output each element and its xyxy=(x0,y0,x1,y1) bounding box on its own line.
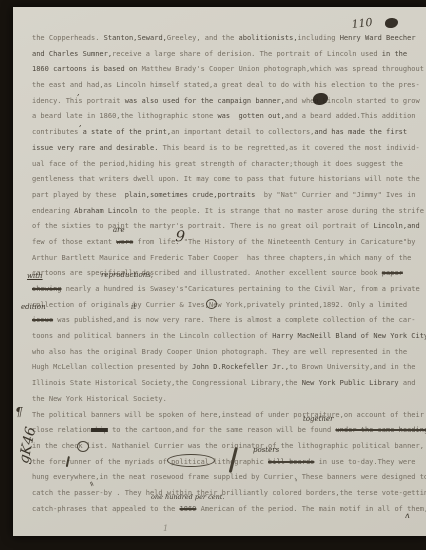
typed-text: Harry MacNeill Bland of New York City, xyxy=(272,332,426,340)
pilcrow-mark: ¶ xyxy=(15,406,23,418)
typed-text: 1860 cartoons is based on xyxy=(32,65,142,73)
typed-line: close relationship to the cartoon,and fo… xyxy=(32,423,422,439)
typed-text: This beard is to be regretted,as it cove… xyxy=(163,144,420,152)
struck-text: ship xyxy=(91,426,108,434)
typed-text: and has made the first xyxy=(314,128,407,136)
typed-line: idency. This portrait was also used for … xyxy=(32,94,422,110)
struck-text: 1860 xyxy=(180,505,197,513)
typed-line: who also has the original Brady Cooper U… xyxy=(32,345,422,361)
typed-text: John D.Rockefeller Jr., xyxy=(192,363,289,371)
typed-text: Illinois State Historical Society,the Co… xyxy=(32,379,302,387)
typed-line: the east and had,as Lincoln himself stat… xyxy=(32,78,422,94)
typed-line: and Charles Sumner,receive a large share… xyxy=(32,47,422,63)
typed-text: and when Lincoln started to grow xyxy=(285,97,420,105)
manuscript-page: the Copperheads. Stanton,Seward,Greeley,… xyxy=(13,7,426,536)
typed-text: The political banners will be spoken of … xyxy=(32,411,424,419)
typed-line: in the check list. Nathaniel Currier was… xyxy=(32,439,422,455)
typed-text: a beard late in 1860,the lithographic st… xyxy=(32,112,217,120)
typed-text: Arthur Bartlett Maurice and Frederic Tab… xyxy=(32,254,411,262)
typed-text: a state of the print, xyxy=(83,128,172,136)
typed-text: the Copperheads. xyxy=(32,34,104,42)
typed-text: abolitionists, xyxy=(239,34,298,42)
typed-text: Henry Ward Beecher xyxy=(340,34,416,42)
typed-line: few of those extant were from life. "The… xyxy=(32,235,422,251)
typed-text: few of those extant xyxy=(32,238,116,246)
struck-text: paper xyxy=(382,269,403,277)
typed-text: American of the period. The main motif i… xyxy=(196,505,426,513)
typed-text: Lincoln,and xyxy=(373,222,419,230)
typed-line: catch the passer-by . They held within t… xyxy=(32,486,422,502)
typed-line: cartoons are specifically described and … xyxy=(32,266,422,282)
page-number: 110 xyxy=(351,17,373,30)
typed-line: Illinois State Historical Society,the Co… xyxy=(32,376,422,392)
typed-text: Hugh McLellan collection presented by xyxy=(32,363,192,371)
typed-line: Hugh McLellan collection presented by Jo… xyxy=(32,360,422,376)
typed-text: gentleness that writers dwell upon. It m… xyxy=(32,175,420,183)
typed-text: and a beard added.This addition xyxy=(285,112,416,120)
typed-line: the Copperheads. Stanton,Seward,Greeley,… xyxy=(32,31,422,47)
typed-line: 1860 cartoons is based on Matthew Brady'… xyxy=(32,62,422,78)
typed-line: toons and political banners in the Linco… xyxy=(32,329,422,345)
typed-text: to Brown University,and in the xyxy=(289,363,415,371)
typed-text: cartoons are specifically described and … xyxy=(32,269,382,277)
typed-text: plain,sometimes crude,portraits xyxy=(125,191,260,199)
typed-line: The political banners will be spoken of … xyxy=(32,408,422,424)
struck-text: issue xyxy=(32,316,53,324)
typed-text: by "Nat" Currier and "Jimmy" Ives in xyxy=(260,191,416,199)
typed-line: ual face of the period,hiding his great … xyxy=(32,157,422,173)
typed-line: contributes a state of the print,an impo… xyxy=(32,125,422,141)
typed-text: hung everywhere,in the neat rosewood fra… xyxy=(32,473,426,481)
typed-text: to the people. It is strange that no mas… xyxy=(137,207,424,215)
typed-text: including xyxy=(298,34,340,42)
struck-text: bill-boards xyxy=(268,458,314,466)
typed-line: part played by these plain,sometimes cru… xyxy=(32,188,422,204)
typed-line: issue was published,and is now very rare… xyxy=(32,313,422,329)
typed-text: the New York Historical Society. xyxy=(32,395,167,403)
typed-text: toons and political banners in the Linco… xyxy=(32,332,272,340)
typed-text: issue very rare and desirable. xyxy=(32,144,163,152)
typed-text: catch the passer-by . They held within t… xyxy=(32,489,426,497)
typed-text: in the check list. Nathaniel Currier was… xyxy=(32,442,424,450)
typed-text: Matthew Brady's Cooper Union photograph,… xyxy=(142,65,424,73)
typed-text: of the sixties to paint the martyr's por… xyxy=(32,222,373,230)
typed-line: the New York Historical Society. xyxy=(32,392,422,408)
typed-text: part played by these xyxy=(32,191,125,199)
typed-text: collection of originals by Currier & Ive… xyxy=(32,301,407,309)
typed-line: a beard late in 1860,the lithographic st… xyxy=(32,109,422,125)
typed-text: Greeley, and the xyxy=(167,34,239,42)
typed-text: from life. "The History of the Nineteent… xyxy=(133,238,415,246)
struck-text: were xyxy=(116,238,133,246)
typed-line: endearing Abraham Lincoln to the people.… xyxy=(32,204,422,220)
typed-line: issue very rare and desirable. This bear… xyxy=(32,141,422,157)
typed-text: Stanton,Seward, xyxy=(104,34,167,42)
typed-text-column: the Copperheads. Stanton,Seward,Greeley,… xyxy=(32,31,422,517)
typed-text: was published,and is now very rare. Ther… xyxy=(53,316,415,324)
typed-text: an important detail to collectors, xyxy=(171,128,314,136)
typed-line: showing nearly a hundred is Swasey's"Car… xyxy=(32,282,422,298)
ink-blot xyxy=(385,18,398,28)
typed-text: contributes xyxy=(32,128,83,136)
typed-text: Abraham Lincoln xyxy=(74,207,137,215)
typed-line: hung everywhere,in the neat rosewood fra… xyxy=(32,470,422,486)
typed-text: the east and had,as Lincoln himself stat… xyxy=(32,81,420,89)
typed-text: was also used for the campaign banner, xyxy=(125,97,285,105)
typed-line: gentleness that writers dwell upon. It m… xyxy=(32,172,422,188)
typed-line: collection of originals by Currier & Ive… xyxy=(32,298,422,314)
typed-line: catch-phrases that appealed to the 1860 … xyxy=(32,502,422,518)
typed-text: who also has the original Brady Cooper U… xyxy=(32,348,407,356)
typed-text: in use to-day.They were xyxy=(314,458,415,466)
typed-text: and xyxy=(399,379,416,387)
typed-line: Arthur Bartlett Maurice and Frederic Tab… xyxy=(32,251,422,267)
typed-text: ual face of the period,hiding his great … xyxy=(32,160,403,168)
struck-text: under the same heading xyxy=(335,426,426,434)
typed-text: endearing xyxy=(32,207,74,215)
typed-text: the forerunner of the myriads of politic… xyxy=(32,458,268,466)
faint-pencil-mark: 1 xyxy=(163,525,168,533)
typed-text: in the xyxy=(382,50,407,58)
typed-line: the forerunner of the myriads of politic… xyxy=(32,455,422,471)
typed-text: close relation xyxy=(32,426,91,434)
typed-text: nearly a hundred is Swasey's"Caricatures… xyxy=(62,285,420,293)
typed-line: of the sixties to paint the martyr's por… xyxy=(32,219,422,235)
typed-text: receive a large share of derision. The p… xyxy=(112,50,382,58)
typed-text: was gotten out, xyxy=(217,112,284,120)
struck-text: showing xyxy=(32,285,62,293)
typed-text: and Charles Sumner, xyxy=(32,50,112,58)
typed-text: to the cartoon,and for the same reason w… xyxy=(108,426,336,434)
typed-text: catch-phrases that appealed to the xyxy=(32,505,180,513)
typed-text: idency. This portrait xyxy=(32,97,125,105)
typed-text: New York Public Library xyxy=(302,379,399,387)
